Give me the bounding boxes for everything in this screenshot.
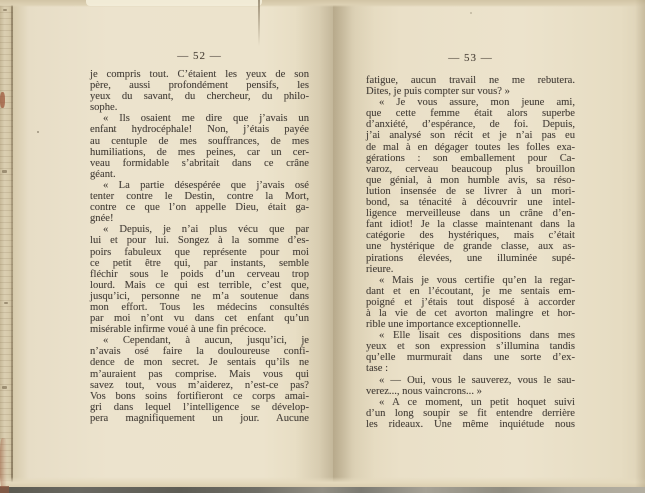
text-line: n’avais osé faire la douloureuse confi-	[90, 346, 309, 357]
text-line: au centuple de mes souffrances, de mes	[90, 136, 309, 147]
text-line: poirs fabuleux que représente pour moi	[90, 247, 309, 258]
text-line: enfant hydrocéphale! Non, j’étais payée	[90, 124, 309, 135]
text-line: dence de mon secret. Je sentais qu’ils n…	[90, 357, 309, 368]
text-line: lourd. Mais ce qui est terrible, c’est q…	[90, 280, 309, 291]
paper-speck	[470, 12, 472, 14]
page-number-header-53: — 53 —	[366, 52, 575, 64]
book-bottom-edge	[0, 477, 645, 487]
text-line: d’anxiété, d’espérance, de foi. Depuis,	[366, 119, 575, 130]
page-edge-line	[11, 0, 13, 487]
text-line: « A ce moment, un petit hoquet suivi	[366, 397, 575, 408]
text-line: veau formidable s’abritait dans ce crâne	[90, 158, 309, 169]
text-line: rieure.	[366, 264, 575, 275]
text-line: gri dans lequel l’intelligence se dévelo…	[90, 402, 309, 413]
text-line: tase :	[366, 363, 575, 374]
text-line: ligence merveilleuse dans un crâne d’en-	[366, 208, 575, 219]
text-line: savez tout, vous m’aiderez, n’est-ce pas…	[90, 380, 309, 391]
text-line: ce petit être qui, par instants, semble	[90, 258, 309, 269]
text-line: « Depuis, je n’ai plus vécu que par	[90, 224, 309, 235]
text-line: yeux et son expression s’illumina tandis	[366, 341, 575, 352]
text-line: « Cependant, à aucun, jusqu’ici, je	[90, 335, 309, 346]
text-line: « Elle lisait ces dispositions dans mes	[366, 330, 575, 341]
text-line: par moi n’ont vu dans cet enfant qu’un	[90, 313, 309, 324]
text-line: fléchir sous le poids d’un cerveau trop	[90, 269, 309, 280]
text-line: fant idiot! Je la classe maintenant dans…	[366, 219, 575, 230]
text-line: que cette femme était alors superbe	[366, 108, 575, 119]
text-line: « — Oui, vous le sauverez, vous le sau-	[366, 375, 575, 386]
text-line: misérable infirme voué à une fin précoce…	[90, 324, 309, 335]
text-line: une hystérique de grande classe, aux as-	[366, 241, 575, 252]
text-line: Dites, je puis compter sur vous? »	[366, 86, 575, 97]
text-line: gnée!	[90, 213, 309, 224]
red-stain	[0, 92, 5, 108]
text-line: que génial, à mon humble avis, sa réso-	[366, 175, 575, 186]
text-line: gérations : son emballement pour Ca-	[366, 153, 575, 164]
text-line: bond, sa ténacité à découvrir une intel-	[366, 197, 575, 208]
page-number-header-52: — 52 —	[90, 50, 309, 62]
text-line: mon effort. Tous les médecins consultés	[90, 302, 309, 313]
text-line: fatigue, aucun travail ne me rebutera.	[366, 75, 575, 86]
text-line: de mal à en dégager toutes les folles ex…	[366, 142, 575, 153]
text-line: qu’elle murmurait dans une sorte d’ex-	[366, 352, 575, 363]
text-line: m’auraient pas comprise. Mais vous qui	[90, 369, 309, 380]
right-edge-shade	[635, 0, 645, 487]
text-line: j’ai analysé son récit et je n’ai pas eu	[366, 130, 575, 141]
text-line: jusqu’ici, personne ne m’a soutenue dans	[90, 291, 309, 302]
text-line: contre ce que l’on appelle Dieu, était g…	[90, 202, 309, 213]
page-crease	[258, 0, 260, 46]
text-line: tenter contre le Destin, contre la Mort,	[90, 191, 309, 202]
text-line: « Je vous assure, mon jeune ami,	[366, 97, 575, 108]
text-line: d’un long soupir se fit entendre derrièr…	[366, 408, 575, 419]
text-line: à la vie de cet avorton malingre et hor-	[366, 308, 575, 319]
edge-speck	[2, 170, 7, 173]
text-line: lution insensée de se livrer à un mori-	[366, 186, 575, 197]
text-line: catégorie des hystériques, mais c’était	[366, 230, 575, 241]
text-line: Vos bons soins fortifieront ce corps ama…	[90, 391, 309, 402]
top-edge-highlight	[86, 0, 262, 6]
text-line: « Mais je vous certifie qu’en la regar-	[366, 275, 575, 286]
text-line: rible une importance exceptionnelle.	[366, 319, 575, 330]
page-52-text: je compris tout. C’étaient les yeux de s…	[90, 69, 309, 424]
text-line: poigné et j’étais tout disposé à accorde…	[366, 297, 575, 308]
text-line: yeux du savant, du chercheur, du philo-	[90, 91, 309, 102]
edge-speck	[4, 302, 8, 304]
text-line: « Ils osaient me dire que j’avais un	[90, 113, 309, 124]
text-line: verez..., nous vaincrons... »	[366, 386, 575, 397]
text-line: lui et pour lui. Songez à la somme d’es-	[90, 235, 309, 246]
paper-speck	[37, 131, 39, 133]
text-line: je compris tout. C’étaient les yeux de s…	[90, 69, 309, 80]
table-surface-bar	[0, 487, 645, 493]
edge-speck	[3, 9, 7, 11]
text-line: sophe.	[90, 102, 309, 113]
open-book-scan: — 52 — — 53 — je compris tout. C’étaient…	[0, 0, 645, 493]
page-53-text: fatigue, aucun travail ne me rebutera.Di…	[366, 75, 575, 430]
edge-speck	[2, 386, 7, 389]
text-line: père, aussi profondément pensifs, les	[90, 80, 309, 91]
text-line: pera magnifiquement un jour. Aucune	[90, 413, 309, 424]
text-line: les rideaux. Une même inquiétude nous	[366, 419, 575, 430]
text-line: « La partie désespérée que j’avais osé	[90, 180, 309, 191]
text-line: humiliations, de mes peines, car un cer-	[90, 147, 309, 158]
text-line: géant.	[90, 169, 309, 180]
text-line: pirations élevées, une illuminée supé-	[366, 253, 575, 264]
text-line: dant et en l’écoutant, je me sentais em-	[366, 286, 575, 297]
red-stain	[0, 438, 7, 488]
text-line: varoz, cerveau beaucoup plus brouillon	[366, 164, 575, 175]
